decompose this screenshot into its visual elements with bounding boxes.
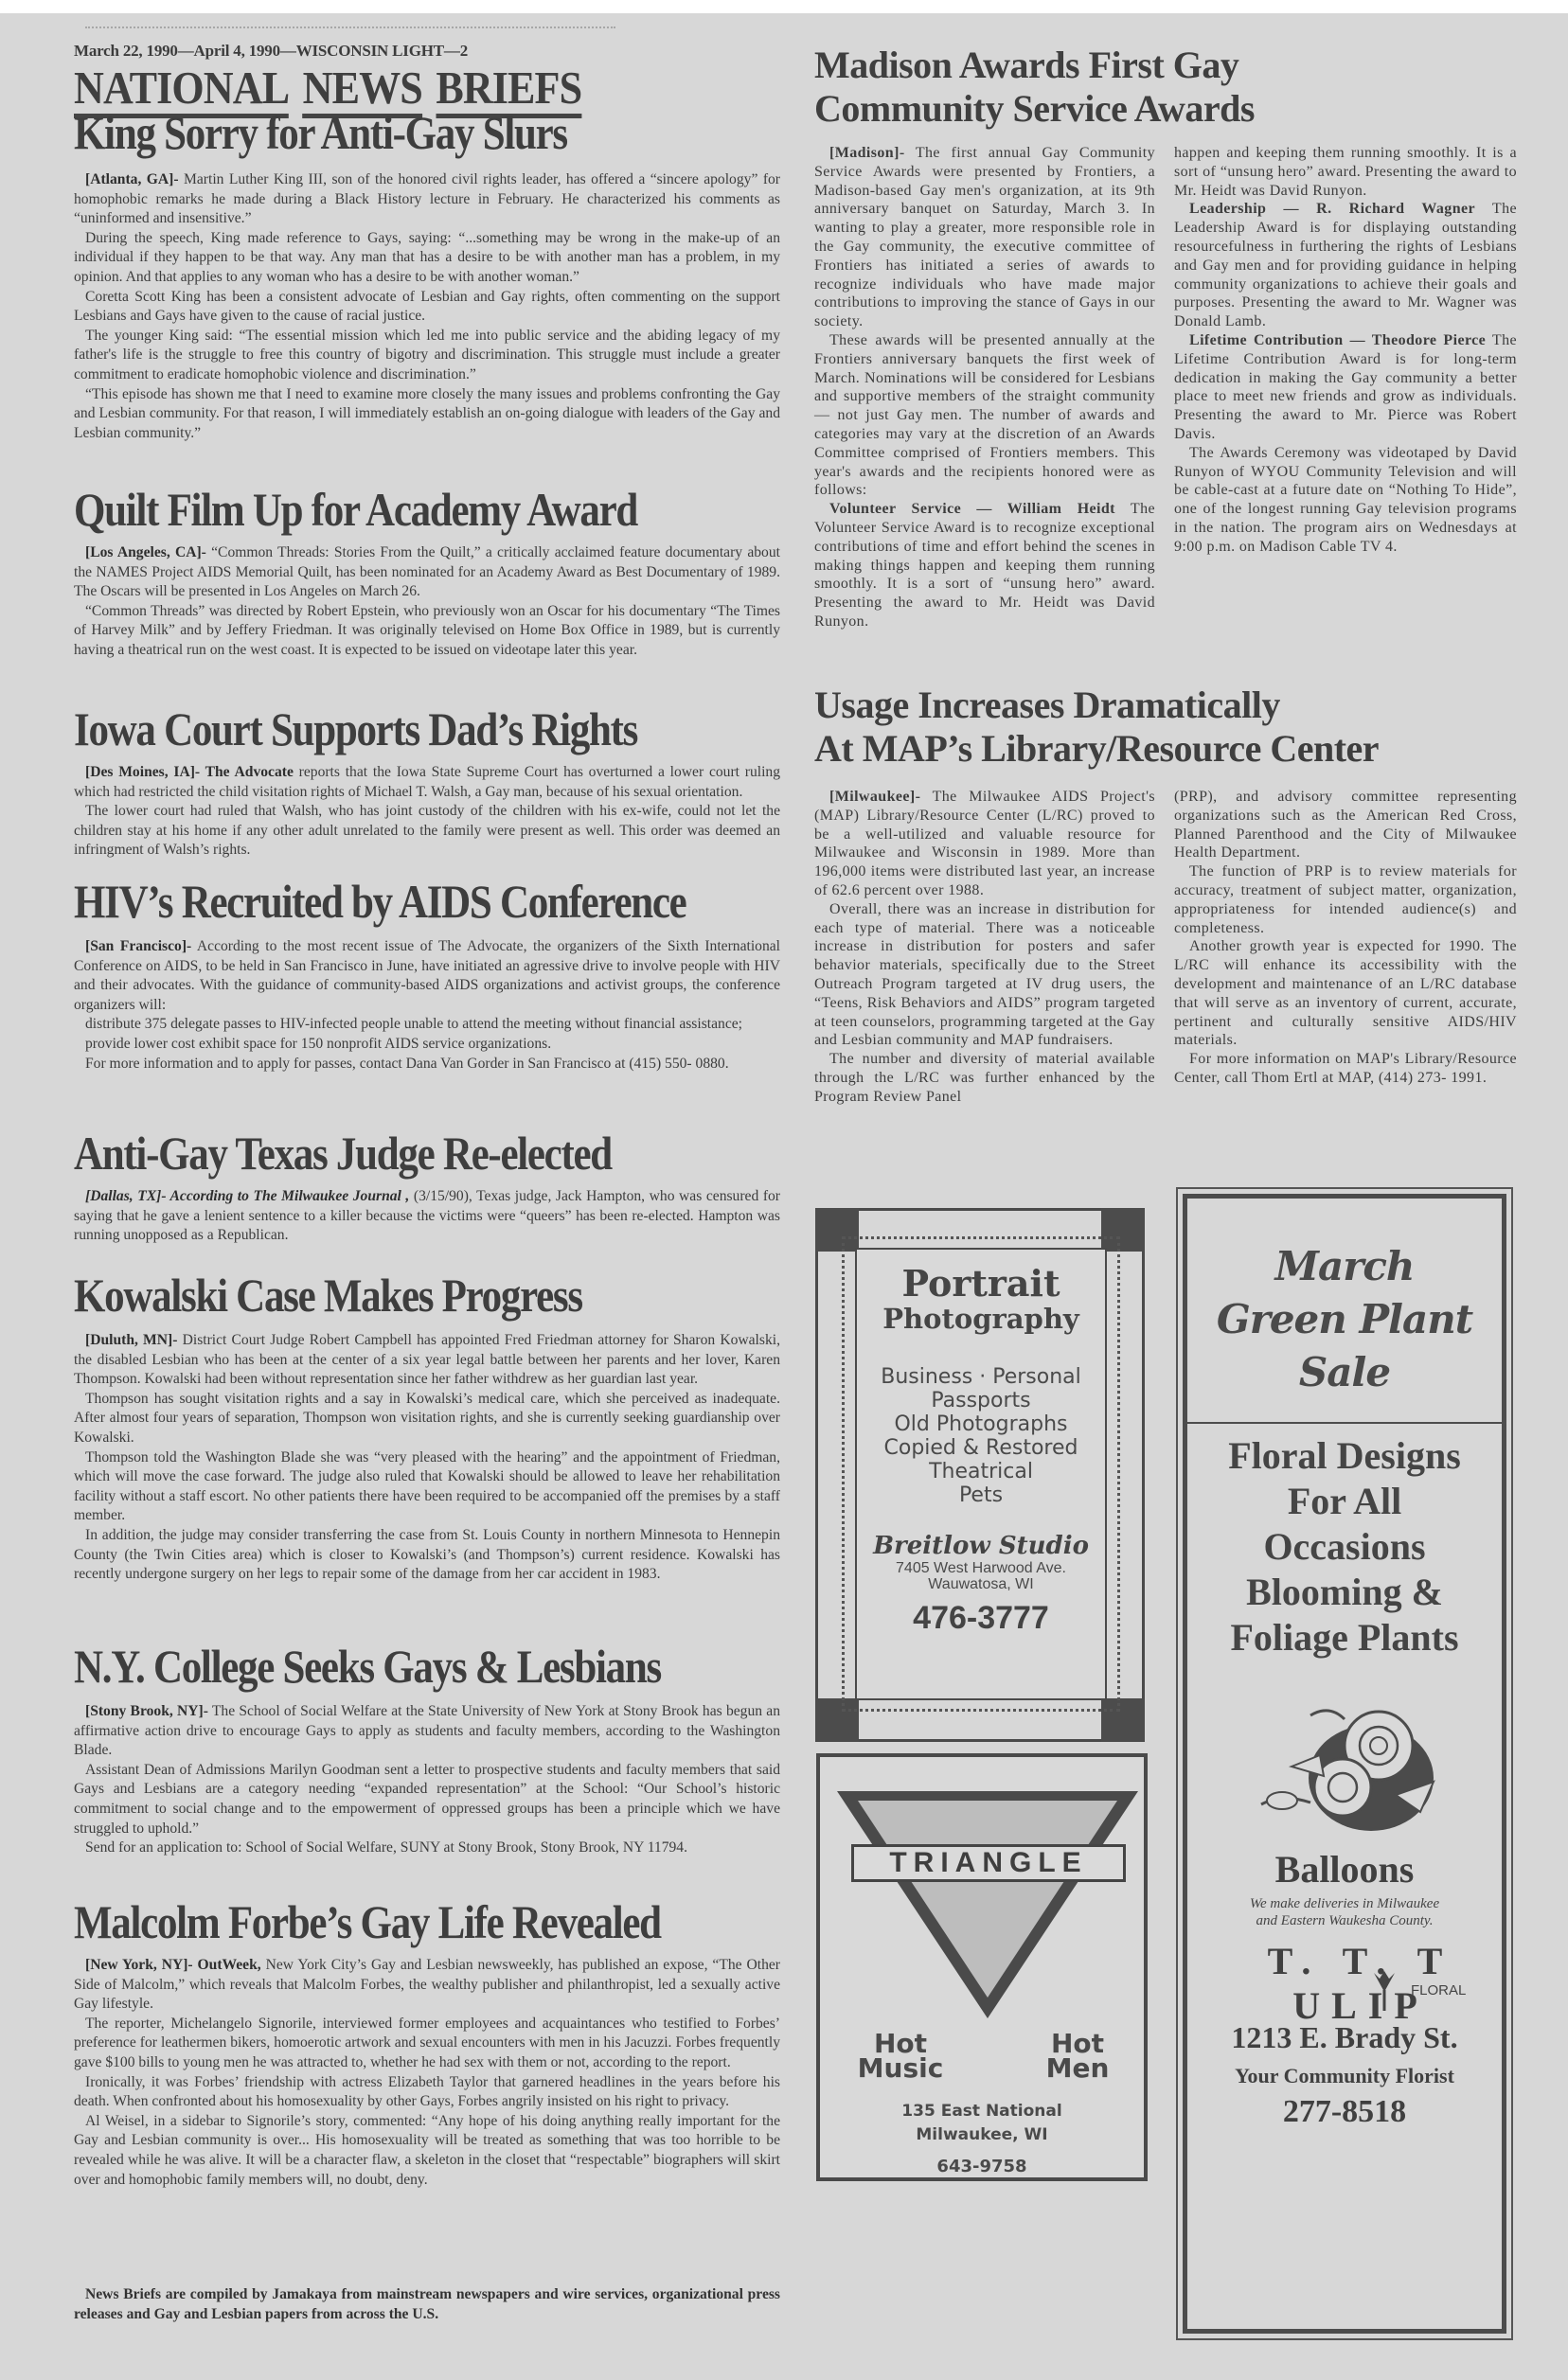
madison-continued: happen and keeping them running smoothly… (1174, 144, 1517, 200)
madison-col1: [Madison]- The first annual Gay Communit… (814, 144, 1155, 631)
address: 135 East National Milwaukee, WI (820, 2100, 1144, 2147)
phone: 476-3777 (857, 1600, 1105, 1637)
article-forbes: Malcolm Forbe’s Gay Life Revealed [New Y… (74, 1897, 780, 2190)
rose-illustration-icon (1254, 1700, 1462, 1833)
article-body: [Stony Brook, NY]- The School of Social … (74, 1702, 780, 1858)
article-texas-judge: Anti-Gay Texas Judge Re-elected [Dallas,… (74, 1128, 780, 1246)
headline: Kowalski Case Makes Progress (74, 1270, 682, 1320)
article-kowalski: Kowalski Case Makes Progress [Duluth, MN… (74, 1270, 780, 1585)
headline: HIV’s Recruited by AIDS Conference (74, 877, 682, 926)
map-col2: (PRP), and advisory committee representi… (1174, 788, 1517, 1088)
madison-col2: happen and keeping them running smoothly… (1174, 144, 1517, 684)
ad-triangle: TRIANGLE Hot Music Hot Men 135 East Nati… (816, 1753, 1148, 2181)
award-title: Leadership — R. Richard Wagner (1189, 201, 1475, 217)
studio-name: Breitlow Studio (857, 1532, 1105, 1560)
address: 1213 E. Brady St. (1187, 2020, 1502, 2055)
masthead: March 22, 1990—April 4, 1990—WISCONSIN L… (74, 42, 468, 61)
article-body: [San Francisco]- According to the most r… (74, 937, 780, 1074)
dateline: [Los Angeles, CA]- (85, 544, 206, 560)
service-list: Business · Personal Passports Old Photog… (857, 1365, 1105, 1507)
article-ny-college: N.Y. College Seeks Gays & Lesbians [Ston… (74, 1642, 780, 1858)
balloons-heading: Balloons (1187, 1847, 1502, 1892)
article-body: [Dallas, TX]- According to The Milwaukee… (74, 1187, 780, 1246)
headline: Malcolm Forbe’s Gay Life Revealed (74, 1897, 682, 1946)
dateline: [San Francisco]- (85, 938, 191, 954)
tulip-icon (1372, 1967, 1397, 2011)
award-title: Lifetime Contribution — Theodore Pierce (1189, 332, 1486, 348)
headline: N.Y. College Seeks Gays & Lesbians (74, 1642, 682, 1691)
article-quilt: Quilt Film Up for Academy Award [Los Ang… (74, 485, 780, 661)
delivery-note: We make deliveries in Milwaukee and East… (1187, 1895, 1502, 1929)
dateline: [Stony Brook, NY]- (85, 1703, 208, 1719)
dateline: [New York, NY]- OutWeek, (85, 1957, 261, 1973)
sale-banner: March Green Plant Sale (1187, 1199, 1502, 1424)
sale-title: March Green Plant Sale (1187, 1199, 1502, 1399)
madison-headline: Madison Awards First Gay Community Servi… (814, 44, 1534, 131)
ad-frame: March Green Plant Sale Floral Designs Fo… (1183, 1194, 1506, 2334)
dateline: [Duluth, MN]- (85, 1332, 177, 1348)
store-name-sub: FLORAL (1411, 1982, 1466, 1998)
newspaper-page: March 22, 1990—April 4, 1990—WISCONSIN L… (0, 13, 1568, 2380)
article-body: [Des Moines, IA]- The Advocate reports t… (74, 763, 780, 861)
article-hiv: HIV’s Recruited by AIDS Conference [San … (74, 877, 780, 1074)
article-body: [Duluth, MN]- District Court Judge Rober… (74, 1331, 780, 1585)
hot-men: Hot Men (1030, 2032, 1125, 2081)
ad-title: Portrait (857, 1265, 1105, 1303)
news-briefs-credit: News Briefs are compiled by Jamakaya fro… (74, 2285, 780, 2324)
headline: Iowa Court Supports Dad’s Rights (74, 704, 682, 754)
article-body: [Atlanta, GA]- Martin Luther King III, s… (74, 170, 780, 443)
dateline: [Milwaukee]- (829, 789, 920, 805)
torn-top-edge (85, 27, 615, 36)
headline: King Sorry for Anti-Gay Slurs (74, 108, 682, 157)
ad-content: Portrait Photography Business · Personal… (855, 1248, 1107, 1700)
triangle-wordmark: TRIANGLE (851, 1844, 1126, 1882)
map-headline: Usage Increases Dramatically At MAP’s Li… (814, 684, 1553, 771)
article-iowa: Iowa Court Supports Dad’s Rights [Des Mo… (74, 704, 780, 861)
phone: 277-8518 (1187, 2094, 1502, 2130)
article-body: [Los Angeles, CA]- “Common Threads: Stor… (74, 543, 780, 661)
dateline: [Madison]- (829, 145, 905, 161)
hot-music: Hot Music (848, 2032, 953, 2081)
map-col1: [Milwaukee]- The Milwaukee AIDS Project'… (814, 788, 1155, 1195)
city: Wauwatosa, WI (857, 1576, 1105, 1592)
ad-subtitle: Photography (857, 1303, 1105, 1335)
floral-list: Floral Designs For All Occasions Bloomin… (1187, 1433, 1502, 1661)
phone: 643-9758 (820, 2157, 1144, 2176)
ad-portrait-photography: Portrait Photography Business · Personal… (815, 1208, 1145, 1742)
headline: Quilt Film Up for Academy Award (74, 485, 682, 534)
article-king: King Sorry for Anti-Gay Slurs [Atlanta, … (74, 108, 780, 443)
award-title: Volunteer Service — William Heidt (829, 501, 1115, 517)
dateline: [Des Moines, IA]- The Advocate (85, 764, 294, 780)
headline: Anti-Gay Texas Judge Re-elected (74, 1128, 682, 1178)
dateline: [Atlanta, GA]- (85, 171, 179, 187)
dateline: [Dallas, TX]- According to The Milwaukee… (85, 1188, 409, 1204)
triangle-logo-icon (833, 1787, 1142, 2022)
ad-tt-tulip-floral: March Green Plant Sale Floral Designs Fo… (1176, 1187, 1513, 2340)
address: 7405 West Harwood Ave. (857, 1560, 1105, 1576)
tagline: Your Community Florist (1187, 2064, 1502, 2088)
article-body: [New York, NY]- OutWeek, New York City’s… (74, 1956, 780, 2190)
